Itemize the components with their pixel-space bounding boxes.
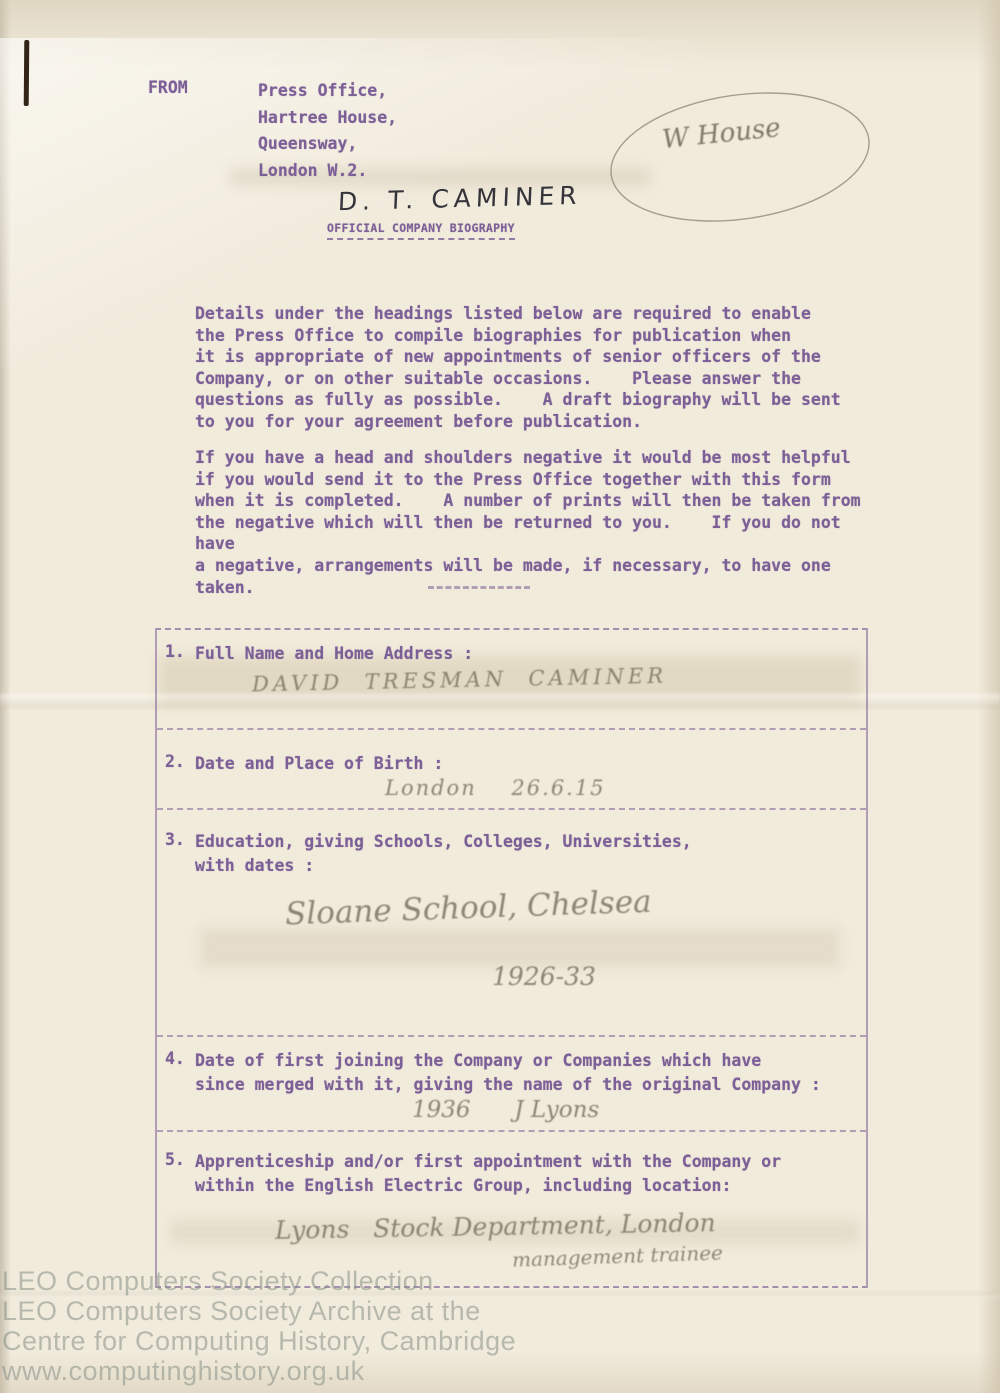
paper-fold-line [0, 1292, 1000, 1298]
item-label: Date of first joining the Company or Com… [195, 1049, 848, 1097]
handwritten-answer-birth: London 26.6.15 [385, 776, 606, 800]
section-divider [428, 586, 530, 589]
item-label: Date and Place of Birth : [195, 752, 848, 776]
item-label: Apprenticeship and/or first appointment … [195, 1150, 848, 1198]
handwritten-answer-school: Sloane School, Chelsea [284, 884, 652, 933]
handwritten-answer-name: DAVID TRESMAN CAMINER [252, 664, 668, 697]
from-label: FROM [148, 78, 188, 97]
form-item-education: 3. Education, giving Schools, Colleges, … [157, 810, 866, 1037]
document-title: OFFICIAL COMPANY BIOGRAPHY [327, 221, 515, 240]
pencil-oval-annotation [600, 85, 880, 230]
item-label: Full Name and Home Address : [195, 642, 848, 666]
form-item-joining-date: 4. Date of first joining the Company or … [157, 1037, 866, 1132]
item-number: 4. [165, 1049, 185, 1068]
handwritten-answer-joining: 1936 J Lyons [412, 1097, 599, 1123]
item-number: 5. [165, 1150, 185, 1169]
form-item-apprenticeship: 5. Apprenticeship and/or first appointme… [157, 1132, 866, 1284]
biography-form: 1. Full Name and Home Address : DAVID TR… [155, 628, 868, 1288]
item-number: 3. [165, 830, 185, 849]
item-label: Education, giving Schools, Colleges, Uni… [195, 830, 848, 878]
form-item-full-name: 1. Full Name and Home Address : DAVID TR… [157, 630, 866, 730]
item-number: 1. [165, 642, 185, 661]
handwritten-answer-appointment: Lyons Stock Department, London [275, 1208, 716, 1245]
handwritten-answer-trainee: management trainee [512, 1240, 724, 1271]
intro-paragraph-2: If you have a head and shoulders negativ… [195, 447, 875, 598]
handwritten-answer-dates: 1926-33 [492, 962, 596, 991]
staple-mark [24, 40, 30, 106]
item-number: 2. [165, 752, 185, 771]
scanned-document-page: FROM Press Office, Hartree House, Queens… [0, 0, 1000, 1393]
intro-paragraph-1: Details under the headings listed below … [195, 303, 875, 433]
sender-address: Press Office, Hartree House, Queensway, … [258, 78, 397, 184]
form-item-birth: 2. Date and Place of Birth : London 26.6… [157, 730, 866, 810]
